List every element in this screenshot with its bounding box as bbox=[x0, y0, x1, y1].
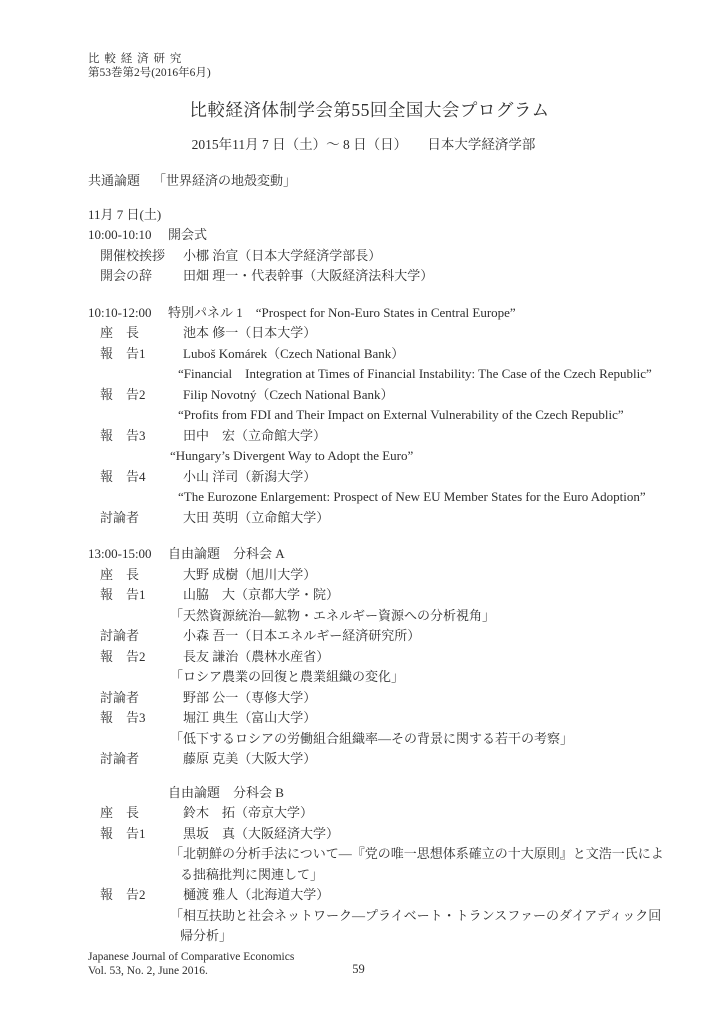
row-text: 「低下するロシアの労働組合組織率―その背景に関する若干の考察」 bbox=[170, 729, 573, 750]
program-row: 座 長鈴木 拓（帝京大学） bbox=[88, 803, 712, 824]
program-row: 報 告3堀江 典生（富山大学） bbox=[88, 708, 712, 729]
row-label: 報 告1 bbox=[100, 824, 183, 845]
row-text: 堀江 典生（富山大学） bbox=[183, 708, 316, 729]
row-text: 池本 修一（日本大学） bbox=[183, 323, 316, 344]
program-row: 帰分析」 bbox=[88, 926, 712, 947]
session-time: 13:00-15:00 bbox=[88, 544, 168, 565]
row-text: “Profits from FDI and Their Impact on Ex… bbox=[178, 405, 624, 426]
program-row: 報 告3田中 宏（立命館大学） bbox=[88, 426, 712, 447]
journal-name: 比 較 経 済 研 究 bbox=[88, 52, 211, 66]
row-label: 討論者 bbox=[100, 626, 183, 647]
program-row: る拙稿批判に関連して」 bbox=[88, 865, 712, 886]
row-text: 帰分析」 bbox=[180, 926, 232, 947]
program-row: “Profits from FDI and Their Impact on Ex… bbox=[88, 405, 712, 426]
row-text: “Financial Integration at Times of Finan… bbox=[178, 364, 652, 385]
row-text: 大田 英明（立命館大学） bbox=[183, 508, 329, 529]
session-title: 特別パネル 1 bbox=[168, 303, 243, 324]
row-label: 報 告2 bbox=[100, 385, 183, 406]
row-text: 「相互扶助と社会ネットワーク―プライベート・トランスファーのダイアディック回 bbox=[170, 906, 661, 927]
row-label: 座 長 bbox=[100, 565, 183, 586]
program-row: 報 告1黒坂 真（大阪経済大学） bbox=[88, 824, 712, 845]
row-text: 「北朝鮮の分析手法について―『党の唯一思想体系確立の十大原則』と文浩一氏によ bbox=[170, 844, 664, 865]
session-subtitle-en: “Prospect for Non-Euro States in Central… bbox=[256, 303, 516, 324]
row-text: 11月 7 日(土) bbox=[88, 205, 161, 226]
program-row: 討論者野部 公一（専修大学） bbox=[88, 688, 712, 709]
row-label: 討論者 bbox=[100, 749, 183, 770]
spacer-row bbox=[88, 287, 712, 303]
row-text: る拙稿批判に関連して」 bbox=[180, 865, 323, 886]
row-text: Filip Novotný（Czech National Bank） bbox=[183, 385, 394, 406]
program-row: 「相互扶助と社会ネットワーク―プライベート・トランスファーのダイアディック回 bbox=[88, 906, 712, 927]
page-number: 59 bbox=[0, 962, 717, 977]
row-label: 報 告2 bbox=[100, 647, 183, 668]
session-time: 10:10-12:00 bbox=[88, 303, 168, 324]
session-time: 10:00-10:10 bbox=[88, 225, 168, 246]
date-venue-line: 2015年11月 7 日（土）～ 8 日（日） 日本大学経済学部 bbox=[10, 133, 717, 153]
row-text: 藤原 克美（大阪大学） bbox=[183, 749, 316, 770]
program-row: “Financial Integration at Times of Finan… bbox=[88, 364, 712, 385]
row-label: 報 告1 bbox=[100, 585, 183, 606]
row-text: 「天然資源統治―鉱物・エネルギー資源への分析視角」 bbox=[170, 606, 495, 627]
row-text: 長友 謙治（農林水産省） bbox=[183, 647, 329, 668]
row-text: “The Eurozone Enlargement: Prospect of N… bbox=[178, 487, 646, 508]
session-title: 自由論題 分科会 B bbox=[168, 783, 284, 804]
row-text: 山脇 大（京都大学・院） bbox=[183, 585, 339, 606]
row-text: 小山 洋司（新潟大学） bbox=[183, 467, 316, 488]
journal-issue: 第53巻第2号(2016年6月) bbox=[88, 66, 211, 80]
program-row: 「北朝鮮の分析手法について―『党の唯一思想体系確立の十大原則』と文浩一氏によ bbox=[88, 844, 712, 865]
spacer-row bbox=[88, 770, 712, 783]
row-text: 田畑 理一・代表幹事（大阪経済法科大学） bbox=[183, 266, 433, 287]
row-text: Luboš Komárek（Czech National Bank） bbox=[183, 344, 404, 365]
row-text: 田中 宏（立命館大学） bbox=[183, 426, 326, 447]
program-row: 共通論題「世界経済の地殻変動」 bbox=[88, 171, 712, 192]
program-row: 「ロシア農業の回復と農業組織の変化」 bbox=[88, 667, 712, 688]
program-row: 「天然資源統治―鉱物・エネルギー資源への分析視角」 bbox=[88, 606, 712, 627]
document-page: 比 較 経 済 研 究 第53巻第2号(2016年6月) 比較経済体制学会第55… bbox=[0, 0, 717, 1013]
row-text: 樋渡 雅人（北海道大学） bbox=[183, 885, 329, 906]
masthead: 比 較 経 済 研 究 第53巻第2号(2016年6月) bbox=[88, 52, 211, 80]
program-row: 討論者小森 吾一（日本エネルギー経済研究所） bbox=[88, 626, 712, 647]
spacer-row bbox=[88, 528, 712, 544]
row-text: 「ロシア農業の回復と農業組織の変化」 bbox=[170, 667, 404, 688]
page-title: 比較経済体制学会第55回全国大会プログラム bbox=[22, 97, 717, 122]
row-label: 共通論題 bbox=[88, 171, 140, 192]
program-row: 自由論題 分科会 B bbox=[88, 783, 712, 804]
program-row: 報 告2樋渡 雅人（北海道大学） bbox=[88, 885, 712, 906]
row-text: 黒坂 真（大阪経済大学） bbox=[183, 824, 339, 845]
row-label: 座 長 bbox=[100, 323, 183, 344]
row-label: 討論者 bbox=[100, 508, 183, 529]
session-title: 開会式 bbox=[168, 225, 207, 246]
row-label: 討論者 bbox=[100, 688, 183, 709]
program-row: 10:00-10:10開会式 bbox=[88, 225, 712, 246]
row-text: 大野 成樹（旭川大学） bbox=[183, 565, 316, 586]
program-row: 座 長池本 修一（日本大学） bbox=[88, 323, 712, 344]
program-list: 共通論題「世界経済の地殻変動」11月 7 日(土)10:00-10:10開会式開… bbox=[88, 171, 712, 947]
row-text: 野部 公一（専修大学） bbox=[183, 688, 316, 709]
program-row: 開会の辞田畑 理一・代表幹事（大阪経済法科大学） bbox=[88, 266, 712, 287]
row-text: “Hungary’s Divergent Way to Adopt the Eu… bbox=[170, 446, 413, 467]
program-row: “The Eurozone Enlargement: Prospect of N… bbox=[88, 487, 712, 508]
row-text: 小梛 治宣（日本大学経済学部長） bbox=[183, 246, 381, 267]
program-row: 開催校挨拶小梛 治宣（日本大学経済学部長） bbox=[88, 246, 712, 267]
row-label: 報 告3 bbox=[100, 426, 183, 447]
row-label: 報 告1 bbox=[100, 344, 183, 365]
program-row: 報 告4小山 洋司（新潟大学） bbox=[88, 467, 712, 488]
row-label: 報 告3 bbox=[100, 708, 183, 729]
program-row: 討論者大田 英明（立命館大学） bbox=[88, 508, 712, 529]
row-label: 報 告4 bbox=[100, 467, 183, 488]
program-row: 座 長大野 成樹（旭川大学） bbox=[88, 565, 712, 586]
row-label: 報 告2 bbox=[100, 885, 183, 906]
row-text: 「世界経済の地殻変動」 bbox=[153, 171, 296, 192]
spacer-row bbox=[88, 192, 712, 205]
program-row: 報 告2長友 謙治（農林水産省） bbox=[88, 647, 712, 668]
program-row: 報 告1Luboš Komárek（Czech National Bank） bbox=[88, 344, 712, 365]
program-row: 討論者藤原 克美（大阪大学） bbox=[88, 749, 712, 770]
session-title: 自由論題 分科会 A bbox=[168, 544, 285, 565]
program-row: 報 告1山脇 大（京都大学・院） bbox=[88, 585, 712, 606]
row-label: 開催校挨拶 bbox=[100, 246, 183, 267]
row-label: 座 長 bbox=[100, 803, 183, 824]
program-row: 13:00-15:00自由論題 分科会 A bbox=[88, 544, 712, 565]
program-row: 報 告2Filip Novotný（Czech National Bank） bbox=[88, 385, 712, 406]
program-row: 10:10-12:00特別パネル 1“Prospect for Non-Euro… bbox=[88, 303, 712, 324]
row-text: 鈴木 拓（帝京大学） bbox=[183, 803, 313, 824]
row-label: 開会の辞 bbox=[100, 266, 183, 287]
program-row: 「低下するロシアの労働組合組織率―その背景に関する若干の考察」 bbox=[88, 729, 712, 750]
program-row: “Hungary’s Divergent Way to Adopt the Eu… bbox=[88, 446, 712, 467]
program-row: 11月 7 日(土) bbox=[88, 205, 712, 226]
row-text: 小森 吾一（日本エネルギー経済研究所） bbox=[183, 626, 420, 647]
